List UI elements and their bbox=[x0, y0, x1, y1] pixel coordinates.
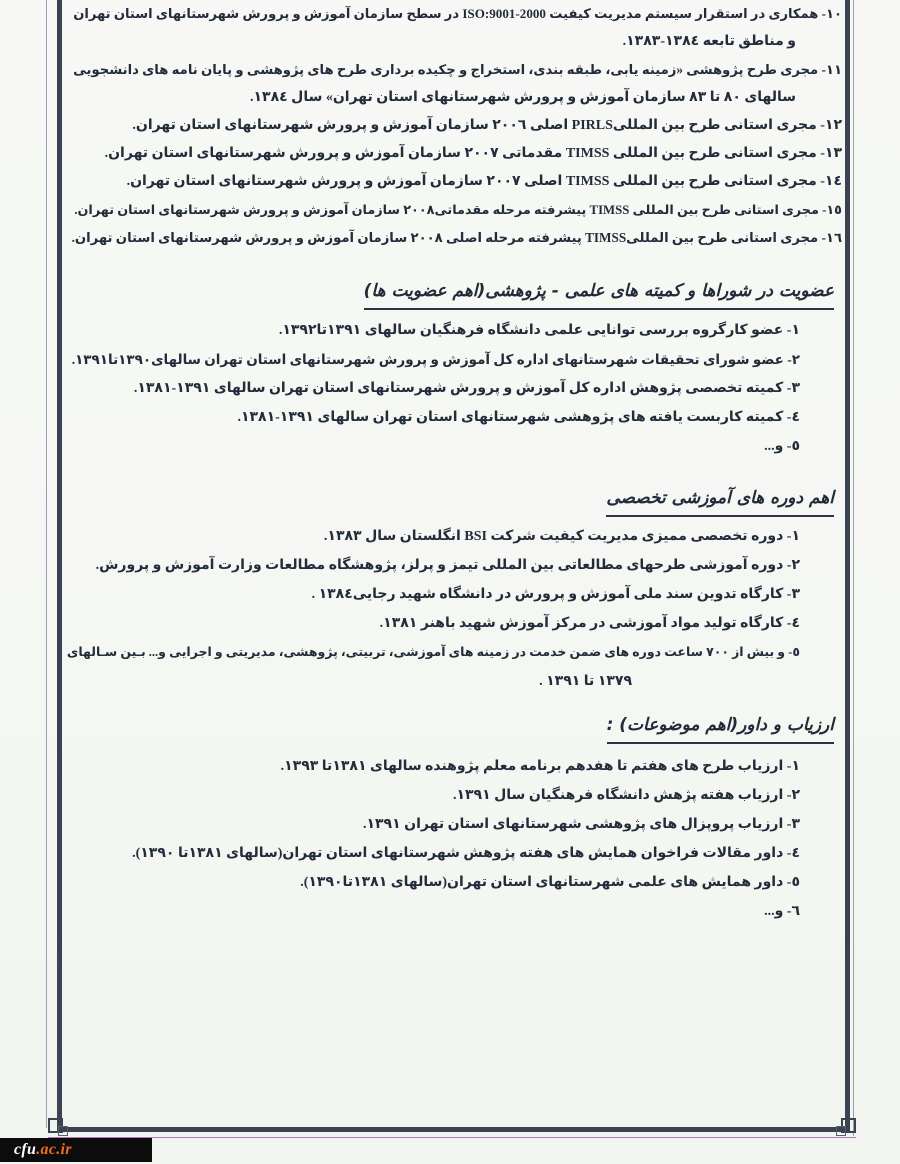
page-border-right-thick bbox=[845, 0, 850, 1130]
numbered-item: ٣- کارگاه تدوین سند ملی آموزش و پرورش در… bbox=[70, 580, 842, 609]
numbered-item: ٥- و... bbox=[70, 432, 842, 461]
numbered-item: ١٤- مجری استانی طرح بین المللی TIMSS اصل… bbox=[70, 168, 842, 196]
numbered-item: ٢- دوره آموزشی طرحهای مطالعاتی بین الملل… bbox=[70, 551, 842, 580]
sections-container: عضویت در شوراها و کمیته های علمی - پژوهش… bbox=[70, 278, 842, 926]
numbered-item: ٣- کمیته تخصصی پژوهش اداره کل آموزش و پر… bbox=[70, 374, 842, 403]
text-line: ٤- کارگاه تولید مواد آموزشی در مرکز آموز… bbox=[70, 609, 842, 638]
text-line: و مناطق تابعه ١٣٨٤-١٣٨٣. bbox=[70, 28, 842, 56]
section-title: عضویت در شوراها و کمیته های علمی - پژوهش… bbox=[364, 278, 834, 310]
frame-corner-right-inner bbox=[836, 1126, 846, 1136]
text-line: ٥- و... bbox=[70, 432, 842, 461]
watermark-domain-suffix: .ac.ir bbox=[36, 1141, 72, 1159]
text-line: ٦- و... bbox=[70, 897, 842, 926]
numbered-item: ١- دوره تخصصی ممیزی مدیریت کیفیت شرکت BS… bbox=[70, 522, 842, 551]
section: اهم دوره های آموزشی تخصصی١- دوره تخصصی م… bbox=[70, 485, 842, 696]
text-line: ٥- و بیش از ٧٠٠ ساعت دوره های ضمن خدمت د… bbox=[70, 638, 842, 667]
text-line: ١١- مجری طرح پژوهشی «زمینه یابی، طبقه بن… bbox=[70, 56, 842, 84]
section-title: اهم دوره های آموزشی تخصصی bbox=[606, 485, 834, 517]
section: ارزیاب و داور(اهم موضوعات) :١- ارزیاب طر… bbox=[70, 712, 842, 926]
text-line: ٣- کمیته تخصصی پژوهش اداره کل آموزش و پر… bbox=[70, 374, 842, 403]
text-line: ١٤- مجری استانی طرح بین المللی TIMSS اصل… bbox=[70, 168, 842, 196]
page-border-left-thick bbox=[57, 0, 62, 1130]
text-line: ١- عضو کارگروه بررسی توانایی علمی دانشگا… bbox=[70, 316, 842, 345]
frame-corner-left-inner bbox=[58, 1126, 68, 1136]
text-line: ١٣- مجری استانی طرح بین المللی TIMSS مقد… bbox=[70, 140, 842, 168]
numbered-item: ١٠- همکاری در استقرار سیستم مدیریت کیفیت… bbox=[70, 0, 842, 56]
numbered-item: ١- عضو کارگروه بررسی توانایی علمی دانشگا… bbox=[70, 316, 842, 345]
page-border-right-thin bbox=[853, 0, 854, 1136]
numbered-item: ١٦- مجری استانی طرح بین المللیTIMSS پیشر… bbox=[70, 224, 842, 252]
text-line: ٢- ارزیاب هفته پژهش دانشگاه فرهنگیان سال… bbox=[70, 781, 842, 810]
numbered-item: ٣- ارزیاب پروپزال های پژوهشی شهرستانهای … bbox=[70, 810, 842, 839]
text-line: ٤- داور مقالات فراخوان همایش های هفته پژ… bbox=[70, 839, 842, 868]
section-header: ارزیاب و داور(اهم موضوعات) : bbox=[70, 712, 842, 744]
top-list: ١٠- همکاری در استقرار سیستم مدیریت کیفیت… bbox=[70, 0, 842, 252]
text-line: ١٢- مجری استانی طرح بین المللیPIRLS اصلی… bbox=[70, 112, 842, 140]
text-line: سالهای ٨٠ تا ٨٣ سازمان آموزش و پرورش شهر… bbox=[70, 84, 842, 112]
text-line: ١٠- همکاری در استقرار سیستم مدیریت کیفیت… bbox=[70, 0, 842, 28]
numbered-item: ١١- مجری طرح پژوهشی «زمینه یابی، طبقه بن… bbox=[70, 56, 842, 112]
section: عضویت در شوراها و کمیته های علمی - پژوهش… bbox=[70, 278, 842, 461]
numbered-item: ١- ارزیاب طرح های هفتم تا هفدهم برنامه م… bbox=[70, 752, 842, 781]
page-border-bottom-thick bbox=[57, 1127, 850, 1132]
text-line: ١- ارزیاب طرح های هفتم تا هفدهم برنامه م… bbox=[70, 752, 842, 781]
text-line: ٢- دوره آموزشی طرحهای مطالعاتی بین الملل… bbox=[70, 551, 842, 580]
site-watermark: cfu.ac.ir bbox=[0, 1138, 152, 1162]
section-title: ارزیاب و داور(اهم موضوعات) : bbox=[607, 712, 834, 744]
document-content: ١٠- همکاری در استقرار سیستم مدیریت کیفیت… bbox=[70, 0, 842, 926]
numbered-item: ٢- عضو شورای تحقیقات شهرستانهای اداره کل… bbox=[70, 345, 842, 374]
numbered-item: ٢- ارزیاب هفته پژهش دانشگاه فرهنگیان سال… bbox=[70, 781, 842, 810]
numbered-item: ٥- و بیش از ٧٠٠ ساعت دوره های ضمن خدمت د… bbox=[70, 638, 842, 696]
watermark-domain-name: cfu bbox=[14, 1141, 36, 1159]
text-line: ٣- کارگاه تدوین سند ملی آموزش و پرورش در… bbox=[70, 580, 842, 609]
numbered-item: ١٥- مجری استانی طرح بین المللی TIMSS پیش… bbox=[70, 196, 842, 224]
numbered-item: ١٢- مجری استانی طرح بین المللیPIRLS اصلی… bbox=[70, 112, 842, 140]
text-line: ٣- ارزیاب پروپزال های پژوهشی شهرستانهای … bbox=[70, 810, 842, 839]
page-border-left-thin bbox=[46, 0, 47, 1128]
numbered-item: ٦- و... bbox=[70, 897, 842, 926]
scanned-page: ١٠- همکاری در استقرار سیستم مدیریت کیفیت… bbox=[0, 0, 900, 1164]
text-line: ٤- کمیته کاربست یافته های پژوهشی شهرستان… bbox=[70, 403, 842, 432]
numbered-item: ٤- کارگاه تولید مواد آموزشی در مرکز آموز… bbox=[70, 609, 842, 638]
text-line: ١٣٧٩ تا ١٣٩١ . bbox=[70, 667, 842, 696]
section-header: اهم دوره های آموزشی تخصصی bbox=[70, 485, 842, 517]
text-line: ٢- عضو شورای تحقیقات شهرستانهای اداره کل… bbox=[70, 345, 842, 374]
numbered-item: ٥- داور همایش های علمی شهرستانهای استان … bbox=[70, 868, 842, 897]
text-line: ١٦- مجری استانی طرح بین المللیTIMSS پیشر… bbox=[70, 224, 842, 252]
text-line: ١٥- مجری استانی طرح بین المللی TIMSS پیش… bbox=[70, 196, 842, 224]
numbered-item: ٤- کمیته کاربست یافته های پژوهشی شهرستان… bbox=[70, 403, 842, 432]
text-line: ٥- داور همایش های علمی شهرستانهای استان … bbox=[70, 868, 842, 897]
numbered-item: ٤- داور مقالات فراخوان همایش های هفته پژ… bbox=[70, 839, 842, 868]
text-line: ١- دوره تخصصی ممیزی مدیریت کیفیت شرکت BS… bbox=[70, 522, 842, 551]
section-header: عضویت در شوراها و کمیته های علمی - پژوهش… bbox=[70, 278, 842, 310]
numbered-item: ١٣- مجری استانی طرح بین المللی TIMSS مقد… bbox=[70, 140, 842, 168]
page-border-bottom-accent bbox=[48, 1137, 856, 1138]
